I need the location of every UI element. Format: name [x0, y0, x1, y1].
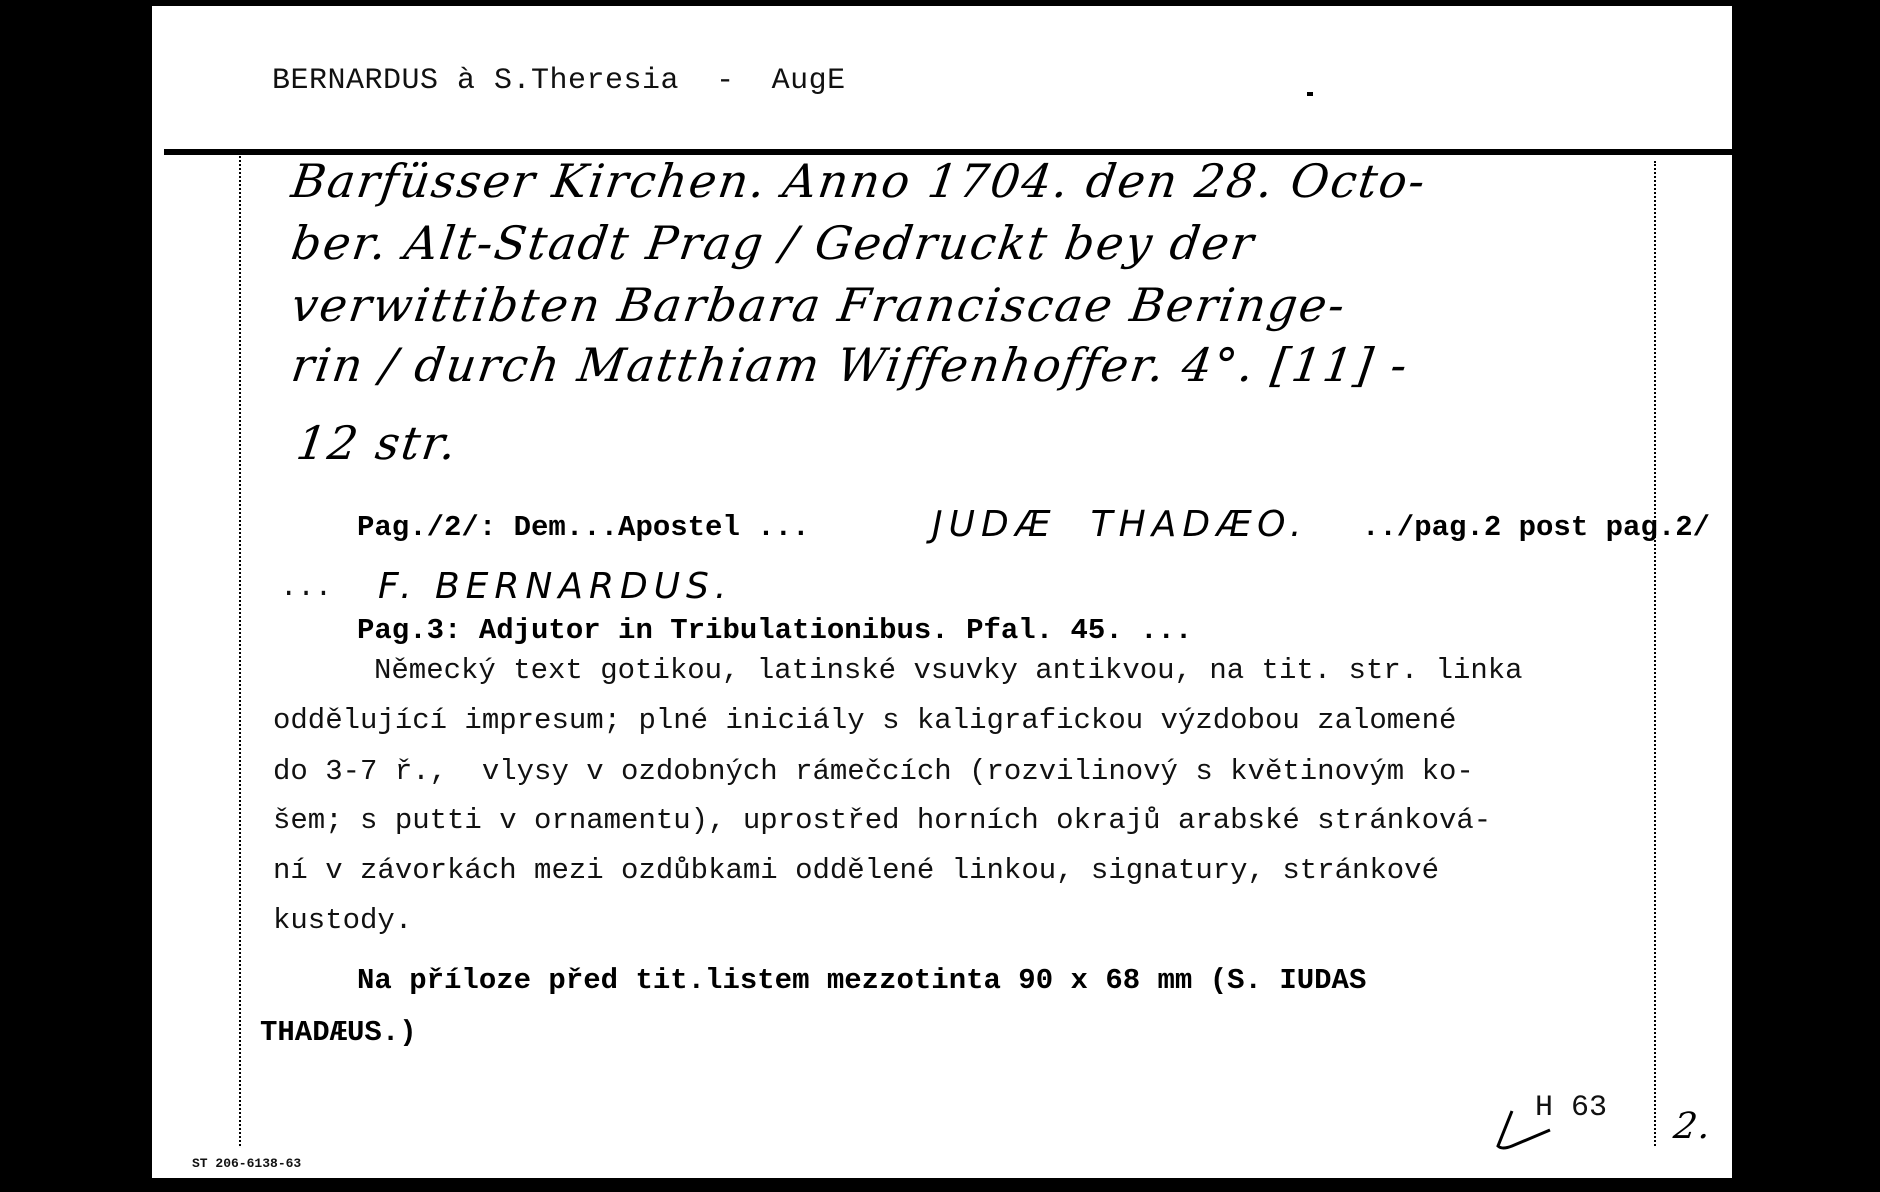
description-line: ní v závorkách mezi ozdůbkami oddělené l… [273, 854, 1439, 887]
description-line: do 3-7 ř., vlysy v ozdobných rámečcích (… [273, 755, 1474, 788]
attachment-note-cont: THADÆUS.) [260, 1016, 417, 1049]
page2-note: Pag./2/: Dem...Apostel ... [357, 511, 809, 544]
page2-suffix: ../pag.2 post pag.2/ [1362, 511, 1710, 544]
signature-handwritten: F. BERNARDUS. [378, 566, 732, 607]
description-line: kustody. [273, 904, 412, 937]
left-margin-line [239, 156, 241, 1146]
card-heading: BERNARDUS à S.Theresia - AugE [272, 64, 846, 98]
signature-ellipsis: ... [280, 571, 332, 604]
description-line: Německý text gotikou, latinské vsuvky an… [374, 654, 1523, 687]
print-code: ST 206-6138-63 [192, 1156, 301, 1171]
page3-note: Pag.3: Adjutor in Tribulationibus. Pfal.… [357, 614, 1192, 647]
handwritten-line: verwittibten Barbara Franciscae Beringe- [288, 278, 1350, 332]
handwritten-line: rin / durch Matthiam Wiffenhoffer. 4°. [… [288, 338, 1412, 392]
card-number: 2. [1671, 1106, 1715, 1147]
description-line: šem; s putti v ornamentu), uprostřed hor… [273, 804, 1491, 837]
handwritten-line: Barfüsser Kirchen. Anno 1704. den 28. Oc… [288, 154, 1430, 208]
attachment-note: Na příloze před tit.listem mezzotinta 90… [357, 964, 1366, 997]
description-line: oddělující impresum; plné iniciály s kal… [273, 704, 1456, 737]
page2-handwritten: JUDÆ THADÆO. [932, 504, 1307, 545]
right-margin-line [1654, 161, 1656, 1146]
catalog-card: BERNARDUS à S.Theresia - AugE Barfüsser … [152, 6, 1732, 1178]
handwritten-line: 12 str. [293, 416, 461, 470]
shelfmark: H 63 [1535, 1091, 1607, 1125]
handwritten-line: ber. Alt-Stadt Prag / Gedruckt bey der [288, 216, 1259, 270]
speck [1307, 92, 1313, 96]
